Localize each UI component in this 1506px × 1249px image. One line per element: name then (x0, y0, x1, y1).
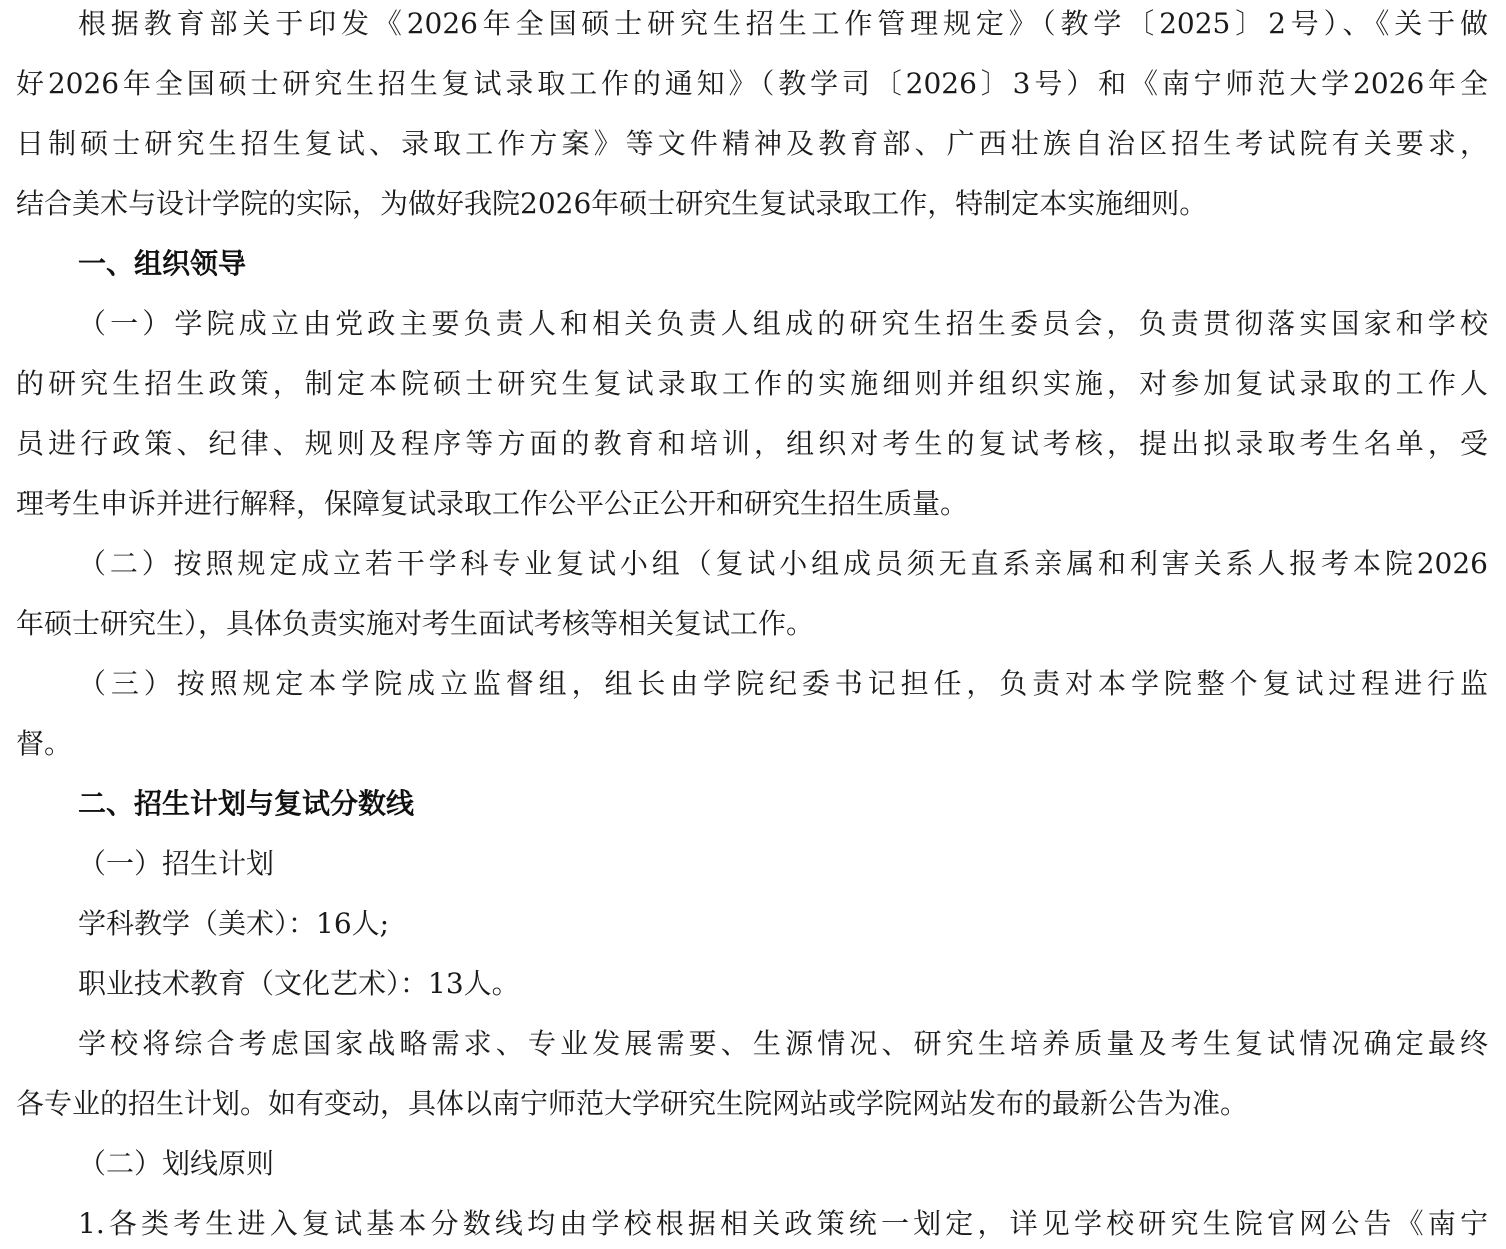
intro-line-4: 结合美术与设计学院的实际，为做好我院2026年硕士研究生复试录取工作，特制定本实… (16, 174, 1207, 234)
plan-note-line-2: 各专业的招生计划。如有变动，具体以南宁师范大学研究生院网站或学院网站发布的最新公… (16, 1074, 1248, 1134)
org-item1-line-4: 理考生申诉并进行解释，保障复试录取工作公平公正公开和研究生招生质量。 (16, 474, 968, 534)
cutoff-rule-1-line-1: 1.各类考生进入复试基本分数线均由学校根据相关政策统一划定，详见学校研究生院官网… (78, 1194, 1488, 1249)
org-item3-line-2: 督。 (16, 714, 72, 774)
org-item2-line-1: （二）按照规定成立若干学科专业复试小组（复试小组成员须无直系亲属和利害关系人报考… (78, 534, 1488, 594)
section-heading-organization: 一、组织领导 (78, 234, 246, 294)
section-heading-enrollment-plan: 二、招生计划与复试分数线 (78, 774, 414, 834)
subheading-enrollment-plan: （一）招生计划 (78, 834, 274, 894)
org-item3-line-1: （三）按照规定本学院成立监督组，组长由学院纪委书记担任，负责对本学院整个复试过程… (78, 654, 1488, 714)
org-item1-line-1: （一）学院成立由党政主要负责人和相关负责人组成的研究生招生委员会，负责贯彻落实国… (78, 294, 1488, 354)
intro-line-1: 根据教育部关于印发《2026年全国硕士研究生招生工作管理规定》（教学〔2025〕… (78, 0, 1488, 54)
plan-item-art-teaching: 学科教学（美术）：16人; (78, 894, 389, 954)
intro-line-2: 好2026年全国硕士研究生招生复试录取工作的通知》（教学司〔2026〕3号）和《… (16, 54, 1488, 114)
plan-item-vocational-education: 职业技术教育（文化艺术）：13人。 (78, 954, 520, 1014)
plan-note-line-1: 学校将综合考虑国家战略需求、专业发展需要、生源情况、研究生培养质量及考生复试情况… (78, 1014, 1488, 1074)
org-item1-line-2: 的研究生招生政策，制定本院硕士研究生复试录取工作的实施细则并组织实施，对参加复试… (16, 354, 1488, 414)
org-item2-line-2: 年硕士研究生），具体负责实施对考生面试考核等相关复试工作。 (16, 594, 814, 654)
org-item1-line-3: 员进行政策、纪律、规则及程序等方面的教育和培训，组织对考生的复试考核，提出拟录取… (16, 414, 1488, 474)
intro-line-3: 日制硕士研究生招生复试、录取工作方案》等文件精神及教育部、广西壮族自治区招生考试… (16, 114, 1488, 174)
subheading-cutoff-principle: （二）划线原则 (78, 1134, 274, 1194)
